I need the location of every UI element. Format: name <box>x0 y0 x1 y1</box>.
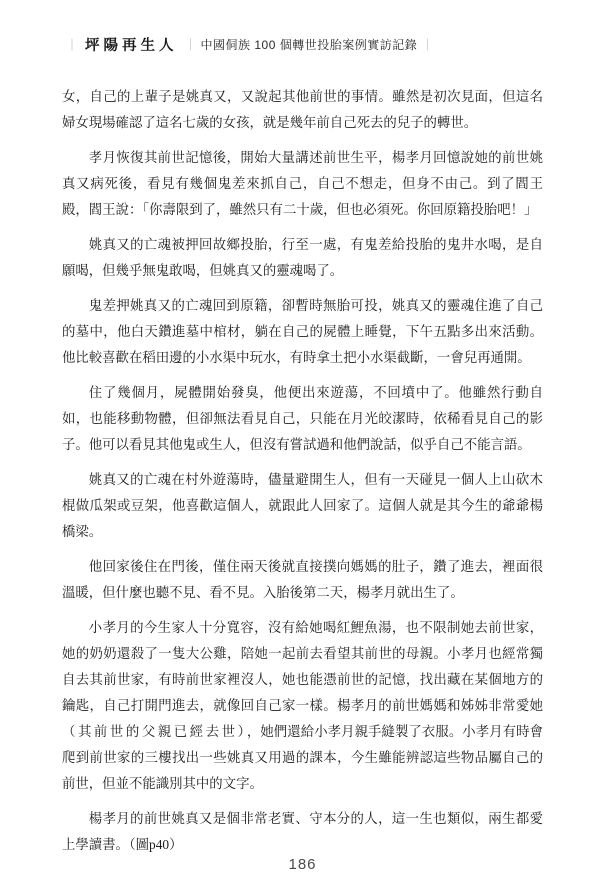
paragraph-8: 小孝月的今生家人十分寬容，沒有給她喝紅鯉魚湯，也不限制她去前世家，她的奶奶還殺了… <box>62 615 543 797</box>
header-separator-right: ｜ <box>417 36 437 53</box>
paragraph-2: 孝月恢復其前世記憶後，開始大量講述前世生平，楊孝月回憶說她的前世姚真又病死後，看… <box>62 145 543 223</box>
book-title: 坪陽再生人 <box>82 34 181 55</box>
paragraph-9: 楊孝月的前世姚真又是個非常老實、守本分的人，這一生也類似，兩生都愛上學讀書。（圖… <box>62 806 543 858</box>
page-footer: 186 <box>0 856 605 874</box>
paragraph-3: 姚真又的亡魂被押回故鄉投胎，行至一處，有鬼差給投胎的鬼井水喝，是自願喝，但幾乎無… <box>62 232 543 284</box>
paragraph-7: 他回家後住在門後，僅住兩天後就直接撲向媽媽的肚子，鑽了進去，裡面很溫暖，但什麼也… <box>62 554 543 606</box>
header-separator-left: ｜ <box>62 36 82 53</box>
page-number: 186 <box>288 856 316 873</box>
parenthetical-note: （其前世的父親已經去世） <box>62 724 247 739</box>
paragraph-5: 住了幾個月，屍體開始發臭，他便出來遊蕩，不回墳中了。他雖然行動自如，也能移動物體… <box>62 380 543 458</box>
page-body: 女，自己的上輩子是姚真又，又說起其他前世的事情。雖然是初次見面，但這名婦女現場確… <box>62 84 543 867</box>
book-subtitle: 中國侗族 100 個轉世投胎案例實訪記錄 <box>201 36 418 53</box>
paragraph-6: 姚真又的亡魂在村外遊蕩時，儘量避開生人，但有一天碰見一個人上山砍木棍做瓜架或豆架… <box>62 467 543 545</box>
header-separator-middle: ｜ <box>181 36 201 53</box>
paragraph-text: 小孝月的今生家人十分寬容，沒有給她喝紅鯉魚湯，也不限制她去前世家，她的奶奶還殺了… <box>62 620 543 713</box>
paragraph-4: 鬼差押姚真又的亡魂回到原籍，卻暫時無胎可投，姚真又的靈魂住進了自己的墓中，他白天… <box>62 293 543 371</box>
running-header: ｜ 坪陽再生人 ｜ 中國侗族 100 個轉世投胎案例實訪記錄 ｜ <box>62 34 543 55</box>
book-page: ｜ 坪陽再生人 ｜ 中國侗族 100 個轉世投胎案例實訪記錄 ｜ 女，自己的上輩… <box>0 0 605 896</box>
paragraph-1: 女，自己的上輩子是姚真又，又說起其他前世的事情。雖然是初次見面，但這名婦女現場確… <box>62 84 543 136</box>
